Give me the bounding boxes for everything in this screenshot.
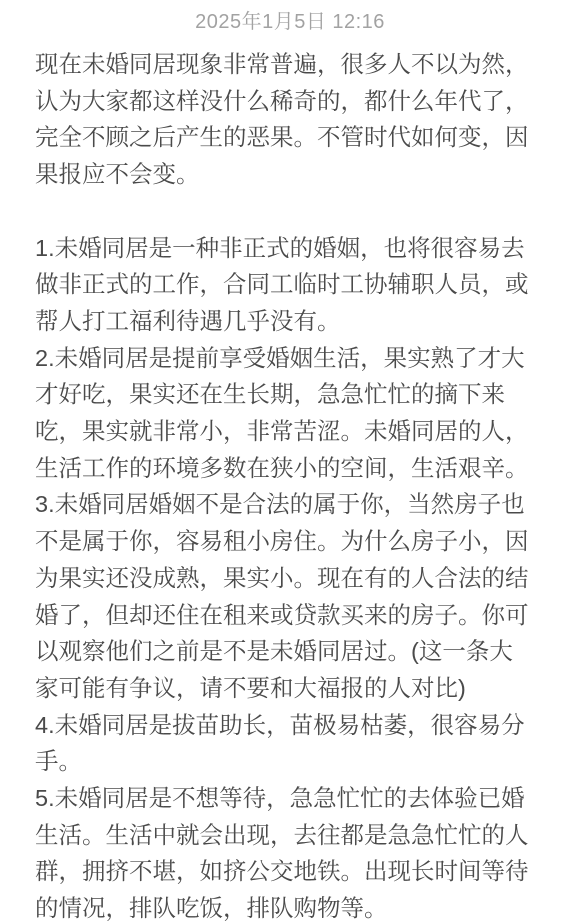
text-line: 5.未婚同居是不想等待，急急忙忙的去体验已婚: [35, 780, 550, 817]
text-line: 家可能有争议，请不要和大福报的人对比): [35, 670, 550, 707]
text-line: 帮人打工福利待遇几乎没有。: [35, 303, 550, 340]
screen: { "timestamp": "2025年1月5日 12:16", "color…: [0, 0, 580, 923]
text-line: 生活。生活中就会出现，去往都是急急忙忙的人: [35, 817, 550, 854]
text-line: 做非正式的工作，合同工临时工协辅职人员，或: [35, 266, 550, 303]
paragraph: 2.未婚同居是提前享受婚姻生活，果实熟了才大才好吃，果实还在生长期，急急忙忙的摘…: [35, 340, 550, 487]
timestamp: 2025年1月5日 12:16: [0, 0, 580, 34]
paragraph: 1.未婚同居是一种非正式的婚姻，也将很容易去做非正式的工作，合同工临时工协辅职人…: [35, 230, 550, 340]
text-line: 完全不顾之后产生的恶果。不管时代如何变，因: [35, 119, 550, 156]
text-line: 生活工作的环境多数在狭小的空间，生活艰辛。: [35, 450, 550, 487]
chat-screen: 2025年1月5日 12:16 现在未婚同居现象非常普遍，很多人不以为然，认为大…: [0, 0, 580, 923]
text-line: 群，拥挤不堪，如挤公交地铁。出现长时间等待: [35, 853, 550, 890]
text-line: 2.未婚同居是提前享受婚姻生活，果实熟了才大: [35, 340, 550, 377]
text-line: 果报应不会变。: [35, 156, 550, 193]
text-line: 的情况，排队吃饭，排队购物等。: [35, 890, 550, 923]
paragraph: 现在未婚同居现象非常普遍，很多人不以为然，认为大家都这样没什么稀奇的，都什么年代…: [35, 46, 550, 193]
text-line: 才好吃，果实还在生长期，急急忙忙的摘下来: [35, 376, 550, 413]
text-line: 不是属于你，容易租小房住。为什么房子小，因: [35, 523, 550, 560]
text-line: 认为大家都这样没什么稀奇的，都什么年代了，: [35, 83, 550, 120]
text-line: 现在未婚同居现象非常普遍，很多人不以为然，: [35, 46, 550, 83]
paragraph: [35, 193, 550, 230]
text-line: [35, 193, 550, 230]
text-line: 1.未婚同居是一种非正式的婚姻，也将很容易去: [35, 230, 550, 267]
text-line: 3.未婚同居婚姻不是合法的属于你，当然房子也: [35, 486, 550, 523]
text-line: 婚了，但却还住在租来或贷款买来的房子。你可: [35, 597, 550, 634]
paragraph: 5.未婚同居是不想等待，急急忙忙的去体验已婚生活。生活中就会出现，去往都是急急忙…: [35, 780, 550, 923]
text-line: 为果实还没成熟，果实小。现在有的人合法的结: [35, 560, 550, 597]
message-text: 现在未婚同居现象非常普遍，很多人不以为然，认为大家都这样没什么稀奇的，都什么年代…: [0, 46, 580, 923]
paragraph: 3.未婚同居婚姻不是合法的属于你，当然房子也不是属于你，容易租小房住。为什么房子…: [35, 486, 550, 706]
text-line: 以观察他们之前是不是未婚同居过。(这一条大: [35, 633, 550, 670]
paragraph: 4.未婚同居是拔苗助长，苗极易枯萎，很容易分手。: [35, 707, 550, 780]
text-line: 手。: [35, 743, 550, 780]
text-line: 4.未婚同居是拔苗助长，苗极易枯萎，很容易分: [35, 707, 550, 744]
text-line: 吃，果实就非常小，非常苦涩。未婚同居的人，: [35, 413, 550, 450]
